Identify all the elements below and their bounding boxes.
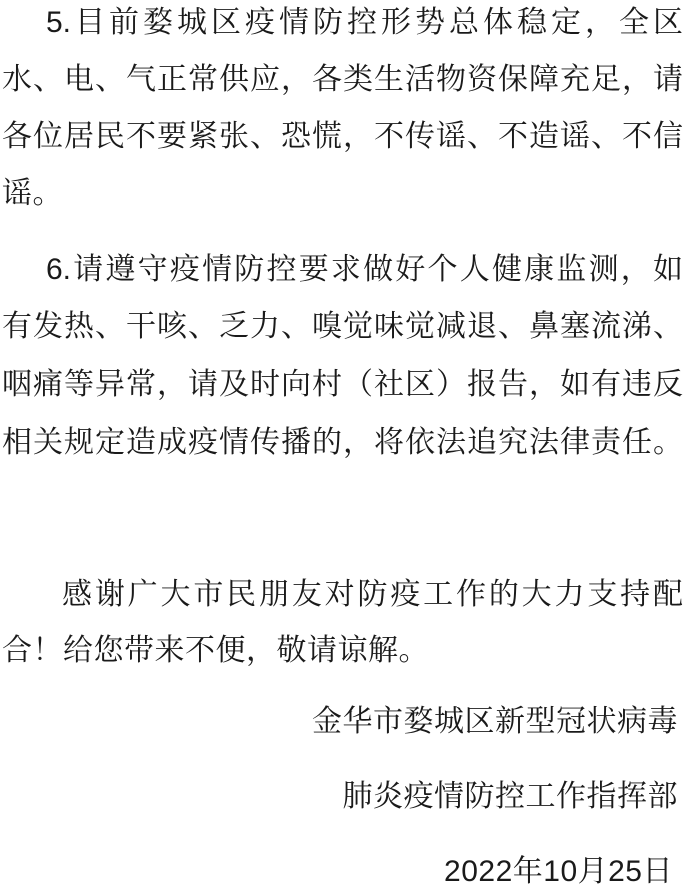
paragraph-5-line-4: 谣。 — [2, 177, 683, 211]
paragraph-5-line-2: 水、电、气正常供应，各类生活物资保障充足，请 — [2, 63, 683, 97]
signature-organization-line-1: 金华市婺城区新型冠状病毒 — [312, 705, 678, 739]
closing-paragraph-line-2: 合！给您带来不便，敬请谅解。 — [2, 634, 683, 668]
paragraph-6-line-1: 6.请遵守疫情防控要求做好个人健康监测，如 — [2, 253, 683, 287]
notice-document-page: 5.目前婺城区疫情防控形势总体稳定，全区 水、电、气正常供应，各类生活物资保障充… — [0, 0, 694, 891]
paragraph-6-line-2: 有发热、干咳、乏力、嗅觉味觉减退、鼻塞流涕、 — [2, 310, 683, 344]
paragraph-6-line-3: 咽痛等异常，请及时向村（社区）报告，如有违反 — [2, 368, 683, 402]
signature-date: 2022年10月25日 — [444, 855, 673, 889]
paragraph-5-line-1: 5.目前婺城区疫情防控形势总体稳定，全区 — [2, 6, 683, 40]
paragraph-5-line-3: 各位居民不要紧张、恐慌，不传谣、不造谣、不信 — [2, 120, 683, 154]
closing-paragraph-line-1: 感谢广大市民朋友对防疫工作的大力支持配 — [2, 578, 683, 612]
paragraph-6-line-4: 相关规定造成疫情传播的，将依法追究法律责任。 — [2, 426, 683, 460]
signature-organization-line-2: 肺炎疫情防控工作指挥部 — [343, 780, 679, 814]
